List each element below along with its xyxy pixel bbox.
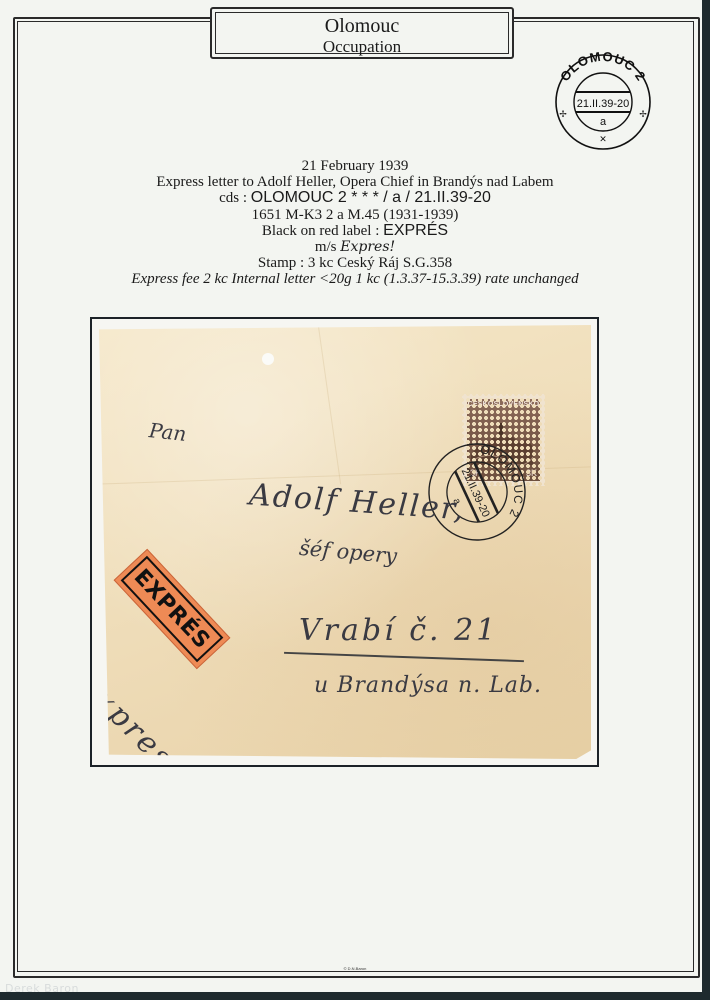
- postmark-ornament-left: ✢: [559, 109, 567, 119]
- catalogue-line: 1651 M-K3 2 a M.45 (1931-1939): [60, 207, 650, 223]
- description-block: 21 February 1939 Express letter to Adolf…: [60, 158, 650, 288]
- cds-line: cds : OLOMOUC 2 * * * / a / 21.II.39-20: [60, 190, 650, 206]
- cover-summary: Express letter to Adolf Heller, Opera Ch…: [60, 174, 650, 190]
- handwriting-underline: [284, 652, 524, 662]
- postmark-suffix: a: [600, 116, 607, 128]
- postmark-date: 21.II.39-20: [577, 98, 630, 110]
- page-subtitle: Occupation: [216, 37, 508, 56]
- stamp-line: Stamp : 3 kc Ceský Ráj S.G.358: [60, 255, 650, 271]
- express-label: EXPRÉS: [114, 549, 231, 670]
- punch-hole: [262, 353, 274, 365]
- handwriting-town: u Brandýsa n. Lab.: [314, 673, 542, 698]
- postmark-illustration: OLOMOUC 2 21.II.39-20 a ✢ ✢ ✕: [548, 50, 658, 150]
- label-value: EXPRÉS: [383, 222, 448, 239]
- label-line: Black on red label : EXPRÉS: [60, 223, 650, 239]
- handwriting-street: Vrabí č. 21: [299, 613, 498, 648]
- rate-note: Express fee 2 kc Internal letter <20g 1 …: [60, 271, 650, 287]
- title-box: Olomouc Occupation: [210, 7, 514, 59]
- scan-edge-right: [702, 0, 710, 1000]
- stamp-country: CESKOSLOVENSKO: [467, 401, 540, 408]
- handwriting-salutation: Pan: [148, 418, 188, 446]
- handwriting-title: šéf opery: [298, 536, 398, 568]
- manuscript-line: m/s Expres!: [60, 239, 650, 255]
- envelope: CESKOSLOVENSKO 3K 3K OLOMOUC 2: [99, 325, 591, 759]
- cds-value: OLOMOUC 2 * * * / a / 21.II.39-20: [251, 189, 491, 206]
- cover-frame: CESKOSLOVENSKO 3K 3K OLOMOUC 2: [90, 317, 599, 767]
- postmark-ornament-right: ✢: [639, 109, 647, 119]
- envelope-crease: [318, 326, 341, 485]
- scan-edge-bottom: [0, 992, 710, 1000]
- postmark-ornament-bottom: ✕: [599, 134, 607, 144]
- express-label-text: EXPRÉS: [129, 564, 215, 653]
- cover-date: 21 February 1939: [60, 158, 650, 174]
- watermark: Derek Baron: [5, 982, 79, 995]
- copyright-note: © D.N.Baron: [0, 966, 710, 971]
- manuscript-value: Expres!: [340, 239, 395, 255]
- page-title: Olomouc: [216, 15, 508, 37]
